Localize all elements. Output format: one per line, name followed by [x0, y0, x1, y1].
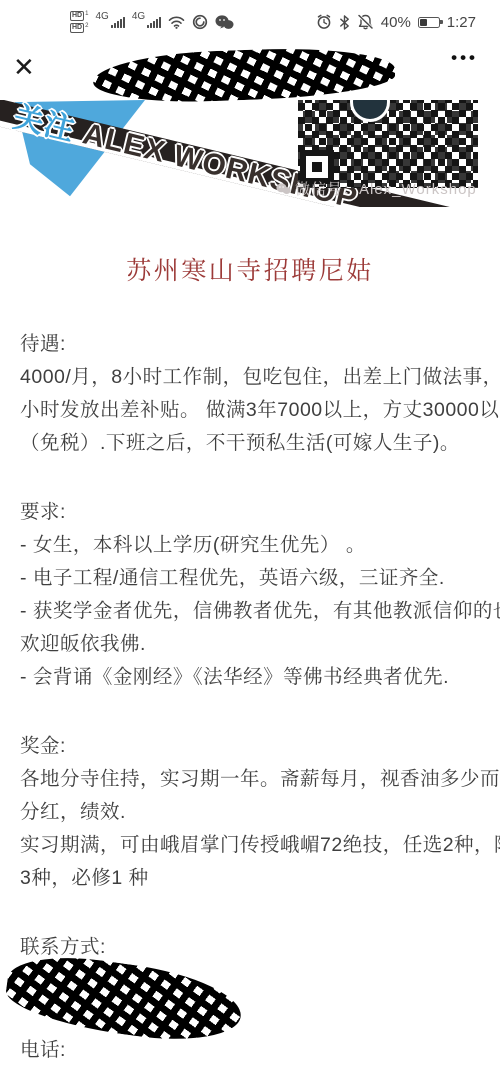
hd2-num: 2 [85, 23, 88, 29]
battery-icon [418, 17, 440, 28]
qr-code [298, 100, 478, 188]
wifi-icon [168, 15, 185, 29]
hd1-num: 1 [85, 11, 88, 17]
network-type-1: 4G [95, 12, 108, 22]
text-line: 3种，必修1 种 [20, 862, 480, 895]
text-line: 小时发放出差补贴。 做满3年7000以上，方丈30000以上/月 [20, 394, 480, 427]
battery-fill [420, 19, 427, 26]
qr-center-logo [350, 100, 390, 122]
article-body: 苏州寒山寺招聘尼姑 待遇: 4000/月，8小时工作制，包吃包住，出差上门做法事… [0, 207, 500, 1067]
section-contact: 联系方式: 电话: [0, 931, 500, 1067]
section-heading: 要求: [20, 496, 480, 529]
battery-cap [440, 20, 443, 24]
text-line: 分红，绩效. [20, 796, 480, 829]
page-title: 苏州寒山寺招聘尼姑 [0, 252, 500, 290]
more-menu-button[interactable]: ••• [451, 48, 478, 68]
signal-bars-icon [111, 17, 125, 28]
close-button[interactable]: ✕ [13, 54, 35, 80]
section-bonus: 奖金: 各地分寺住持，实习期一年。斋薪每月，视香油多少而加 分红，绩效. 实习期… [0, 730, 500, 895]
section-heading: 奖金: [20, 730, 480, 763]
hd-badges: HD 1 HD 2 [70, 11, 88, 33]
hd1-label: HD [70, 11, 84, 21]
text-line: 4000/月，8小时工作制，包吃包住，出差上门做法事，按 [20, 361, 480, 394]
text-line: （免税）.下班之后，不干预私生活(可嫁人生子)。 [20, 427, 480, 460]
signal-group-1: 4G [95, 17, 124, 28]
section-heading: 待遇: [20, 328, 480, 361]
clock-time: 1:27 [447, 14, 476, 31]
section-benefits: 待遇: 4000/月，8小时工作制，包吃包住，出差上门做法事，按 小时发放出差补… [0, 328, 500, 460]
text-line: - 获奖学金者优先，信佛教者优先，有其他教派信仰的也 [20, 595, 480, 628]
status-bar: HD 1 HD 2 4G 4G [0, 0, 500, 44]
text-line: - 电子工程/通信工程优先，英语六级，三证齐全. [20, 562, 480, 595]
wechat-icon [215, 15, 234, 30]
section-heading: 电话: [20, 1034, 480, 1067]
text-line: 各地分寺住持，实习期一年。斋薪每月，视香油多少而加 [20, 763, 480, 796]
redacted-contact-area [20, 964, 480, 1034]
status-bar-left: HD 1 HD 2 4G 4G [70, 11, 234, 33]
header-image[interactable]: 关注 ALEX WORKSHOP 微信号：Alex_Workshop [0, 100, 500, 207]
wechat-small-icon [276, 183, 291, 195]
hd1-badge-icon: HD 1 [70, 11, 88, 21]
text-line: - 女生，本科以上学历(研究生优先） 。 [20, 529, 480, 562]
wechat-id-text: 微信号：Alex_Workshop [295, 178, 477, 199]
text-line: - 会背诵《金刚经》《法华经》等佛书经典者优先. [20, 661, 480, 694]
status-bar-right: 40% 1:27 [316, 14, 476, 31]
network-type-2: 4G [132, 12, 145, 22]
battery-percent: 40% [381, 14, 411, 31]
mute-icon [357, 14, 374, 30]
section-requirements: 要求: - 女生，本科以上学历(研究生优先） 。 - 电子工程/通信工程优先，英… [0, 496, 500, 694]
follow-label: 关注 [10, 101, 78, 148]
browser-icon [192, 14, 208, 30]
text-line: 欢迎皈依我佛. [20, 628, 480, 661]
hd2-label: HD [70, 23, 84, 33]
signal-bars-icon [147, 17, 161, 28]
hd2-badge-icon: HD 2 [70, 23, 88, 33]
alarm-icon [316, 14, 332, 30]
bluetooth-icon [339, 15, 350, 30]
signal-group-2: 4G [132, 17, 161, 28]
wechat-id-watermark: 微信号：Alex_Workshop [276, 178, 477, 199]
text-line: 实习期满，可由峨眉掌门传授峨嵋72绝技，任选2种，限选 [20, 829, 480, 862]
